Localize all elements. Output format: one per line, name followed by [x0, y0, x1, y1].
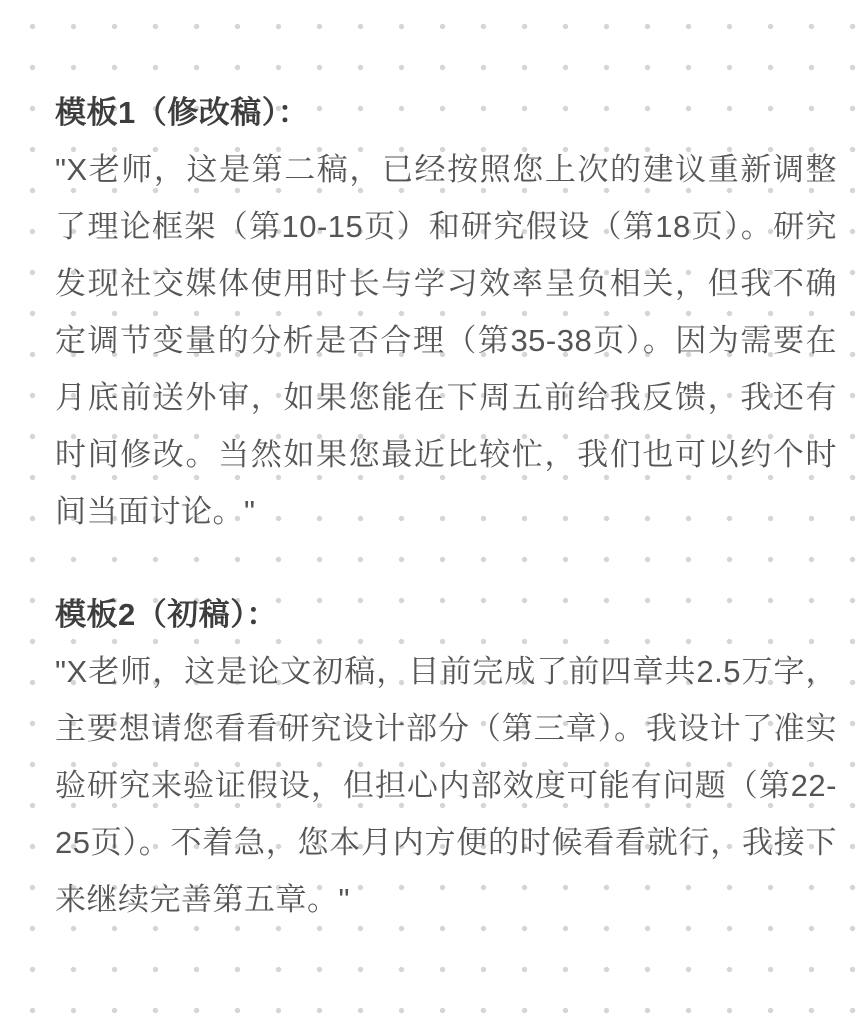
article-content: 模板1（修改稿）： "X老师，这是第二稿，已经按照您上次的建议重新调整了理论框架…: [55, 84, 837, 928]
template-2-section: 模板2（初稿）： "X老师，这是论文初稿，目前完成了前四章共2.5万字，主要想请…: [55, 586, 837, 928]
template-2-heading: 模板2（初稿）：: [55, 586, 837, 643]
page-background: { "page": { "background_color": "#ffffff…: [0, 0, 866, 1024]
template-1-heading: 模板1（修改稿）：: [55, 84, 837, 141]
template-2-body-text: "X老师，这是论文初稿，目前完成了前四章共2.5万字，主要想请您看看研究设计部分…: [55, 643, 837, 928]
template-1-section: 模板1（修改稿）： "X老师，这是第二稿，已经按照您上次的建议重新调整了理论框架…: [55, 84, 837, 540]
template-1-body-text: "X老师，这是第二稿，已经按照您上次的建议重新调整了理论框架（第10-15页）和…: [55, 141, 837, 540]
